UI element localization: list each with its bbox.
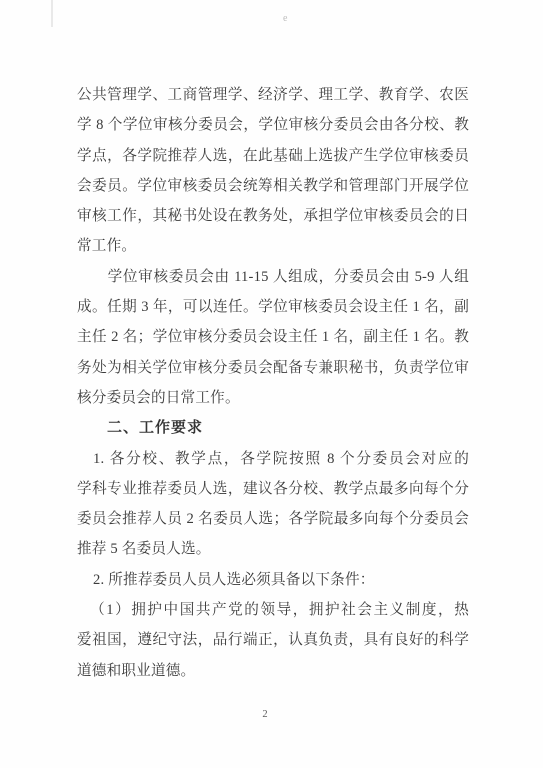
- document-line: 二、工作要求: [77, 413, 469, 443]
- document-line: 公共管理学、工商管理学、经济学、理工学、教育学、农医: [77, 80, 469, 110]
- document-line: 主任 2 名；学位审核分委员会设主任 1 名，副主任 1 名。教: [77, 322, 469, 352]
- document-line: 1. 各分校、教学点，各学院按照 8 个分委员会对应的: [77, 444, 469, 474]
- document-line: 审核工作，其秘书处设在教务处，承担学位审核委员会的日: [77, 201, 469, 231]
- document-line: 常工作。: [77, 231, 469, 261]
- document-line: 学科专业推荐委员人选，建议各分校、教学点最多向每个分: [77, 474, 469, 504]
- document-line: 爱祖国，遵纪守法，品行端正，认真负责，具有良好的科学: [77, 625, 469, 655]
- document-body: 公共管理学、工商管理学、经济学、理工学、教育学、农医学 8 个学位审核分委员会，…: [77, 80, 469, 686]
- scanned-document-page: e 公共管理学、工商管理学、经济学、理工学、教育学、农医学 8 个学位审核分委员…: [0, 0, 543, 768]
- document-line: 推荐 5 名委员人选。: [77, 534, 469, 564]
- scan-smudge-mark: e: [283, 13, 287, 24]
- document-line: 学位审核委员会由 11-15 人组成，分委员会由 5-9 人组: [77, 262, 469, 292]
- document-line: 核分委员会的日常工作。: [77, 383, 469, 413]
- document-line: 务处为相关学位审核分委员会配备专兼职秘书，负责学位审: [77, 353, 469, 383]
- document-line: 2. 所推荐委员人员人选必须具备以下条件：: [77, 565, 469, 595]
- document-line: （1）拥护中国共产党的领导，拥护社会主义制度，热: [77, 595, 469, 625]
- document-line: 成。任期 3 年，可以连任。学位审核委员会设主任 1 名，副: [77, 292, 469, 322]
- document-line: 委员会推荐人员 2 名委员人选；各学院最多向每个分委员会: [77, 504, 469, 534]
- scan-artifact-line: [51, 0, 53, 27]
- document-line: 学 8 个学位审核分委员会，学位审核分委员会由各分校、教: [77, 110, 469, 140]
- document-line: 道德和职业道德。: [77, 656, 469, 686]
- document-line: 会委员。学位审核委员会统筹相关教学和管理部门开展学位: [77, 171, 469, 201]
- document-line: 学点，各学院推荐人选，在此基础上选拔产生学位审核委员: [77, 141, 469, 171]
- page-number: 2: [0, 709, 530, 720]
